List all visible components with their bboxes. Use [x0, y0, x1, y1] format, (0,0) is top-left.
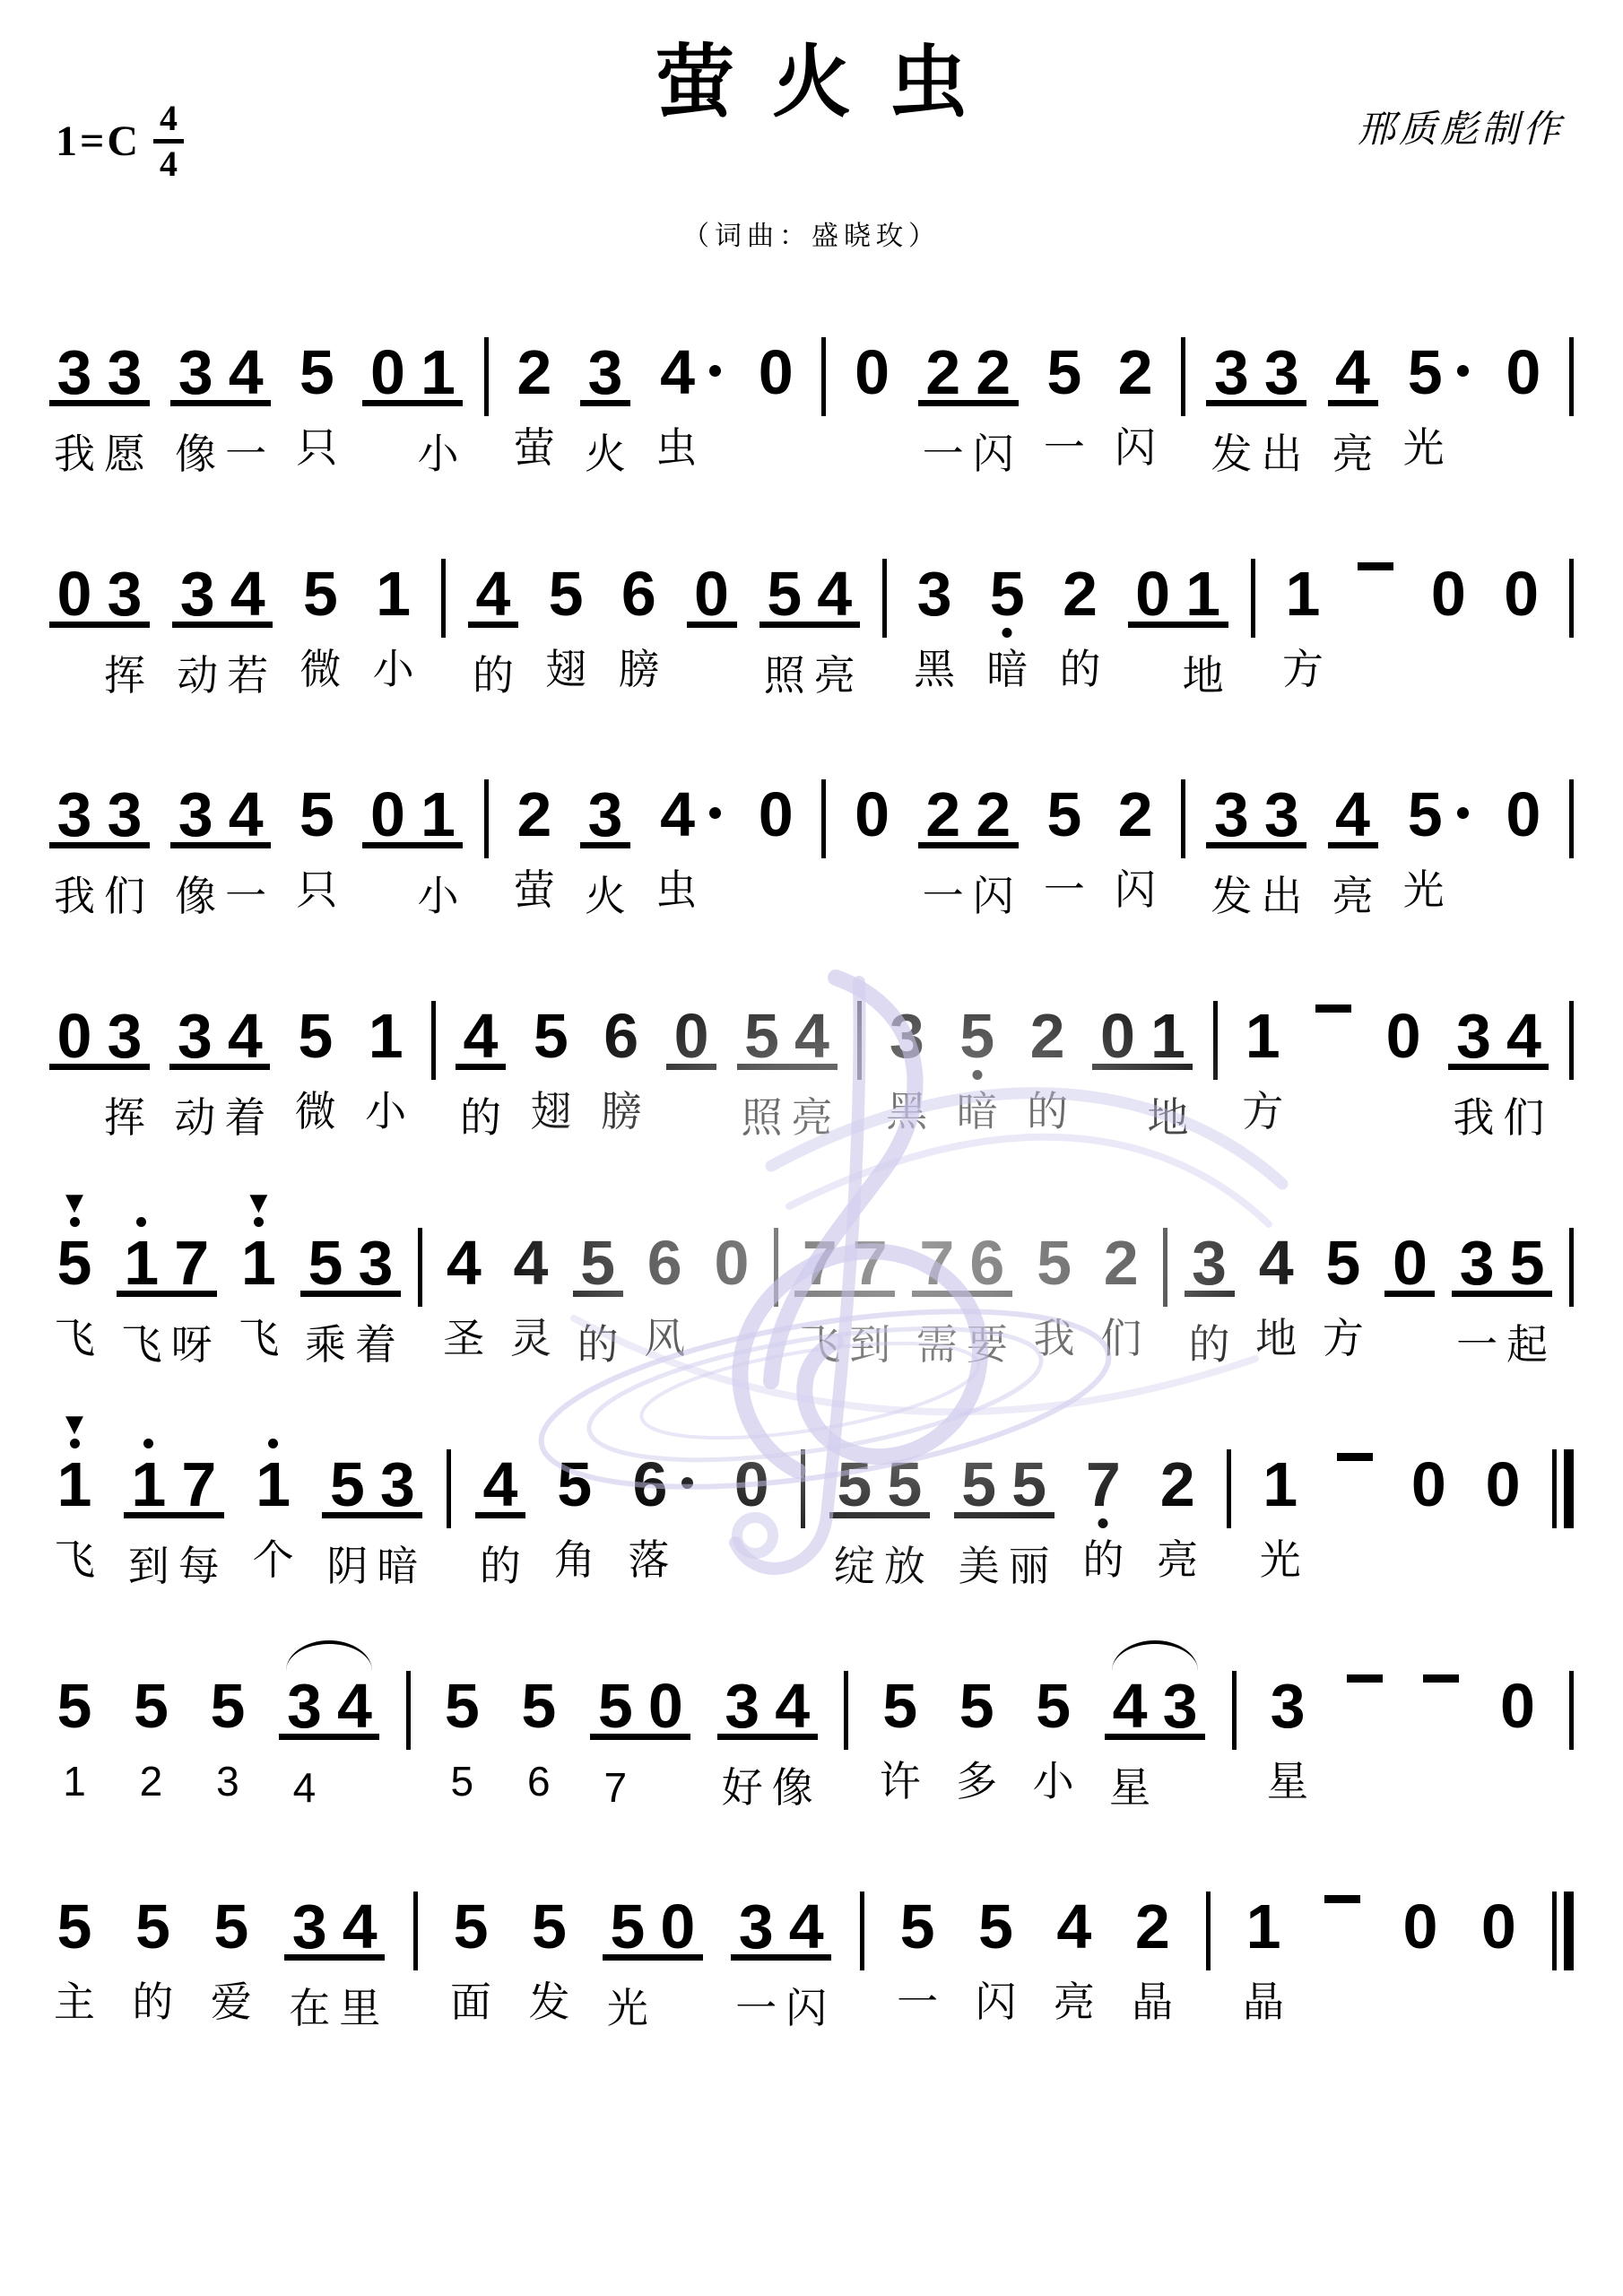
lyric-row: 亮	[1328, 872, 1378, 921]
note-group: 03挥	[49, 954, 150, 1143]
note-group: 01小	[362, 291, 463, 479]
lyric-row: 到每	[124, 1542, 224, 1591]
notes: 0	[1478, 1403, 1528, 1512]
note-group: 35一起	[1452, 1181, 1552, 1370]
notes: 5	[550, 1403, 600, 1512]
notes: 0	[1473, 1845, 1523, 1954]
note-cell: 3	[909, 512, 959, 616]
beamed-notes: 34	[172, 512, 273, 628]
notes	[1350, 512, 1401, 597]
note-cell: ▼5	[49, 1181, 100, 1285]
lyric-row: 萤	[509, 865, 560, 915]
lyric-row: 许	[875, 1757, 925, 1806]
note-number: 3	[1264, 341, 1299, 404]
note-cell: 3	[1206, 733, 1256, 837]
lyric-syllable	[1155, 1763, 1205, 1813]
note-number: 3	[1264, 783, 1299, 846]
note-cell: 5	[875, 1624, 925, 1728]
lyric-row: 阴暗	[322, 1542, 422, 1591]
notes: 5	[970, 1845, 1020, 1954]
note-cell: 4	[768, 1624, 818, 1728]
notes: 1	[1237, 954, 1288, 1064]
lyric-syllable: 亮	[1328, 872, 1378, 921]
note-cell	[1317, 1845, 1367, 1925]
note-cell: 5	[295, 512, 345, 616]
note-cell: 0	[751, 291, 801, 395]
lyric-syllable: 虫	[651, 423, 701, 473]
barline	[1569, 559, 1574, 638]
note-number: 0	[1386, 1004, 1421, 1067]
lyric-syllable: 闪	[781, 1984, 831, 2033]
lyric-row: 闪	[1110, 423, 1160, 473]
lyric-syllable: 个	[248, 1535, 299, 1585]
note-number: 5	[837, 1453, 872, 1516]
note-cell: 5	[49, 1624, 100, 1728]
lyric-row: 光	[1255, 1535, 1306, 1585]
lyric-syllable: 一	[221, 430, 271, 479]
time-signature: 4 4	[153, 100, 184, 182]
note-group: 3黑	[909, 512, 959, 694]
note-group: ▼1飞	[49, 1403, 100, 1585]
note-cell: 3	[372, 1403, 422, 1507]
note-number: 4	[337, 1674, 372, 1737]
note-cell: 7	[845, 1181, 895, 1285]
lyric-syllable: 放	[880, 1542, 930, 1591]
lyric-row: 照亮	[759, 651, 860, 700]
beamed-notes: 54	[759, 512, 860, 628]
note-group: 0	[847, 291, 898, 423]
note-number: 5	[57, 1231, 92, 1294]
staccato-mark-icon: ▼	[65, 1413, 83, 1436]
note-cell: 7	[167, 1181, 217, 1285]
note-group: 03挥	[49, 512, 150, 700]
note-cell: 3	[100, 291, 150, 395]
notes: 0	[707, 1181, 757, 1291]
octave-dot-above	[143, 1439, 153, 1448]
note-cell: 5	[322, 1403, 372, 1507]
lyric-row: 方	[1237, 1087, 1288, 1136]
note-group: 4亮	[1328, 733, 1378, 921]
note-number: 5	[978, 1895, 1013, 1958]
note-cell: 3	[580, 733, 630, 837]
note-cell: 2	[1110, 291, 1160, 395]
note-cell: 5	[1318, 1181, 1368, 1285]
lyric-syllable: 灵	[506, 1314, 556, 1363]
note-number: 5	[549, 562, 584, 625]
note-group: 1小	[360, 954, 411, 1136]
notes: 4	[438, 1181, 489, 1291]
note-cell: 3	[717, 1624, 768, 1728]
note-group: 5爱	[206, 1845, 256, 2027]
notes: ▼1	[233, 1181, 283, 1291]
note-group: 52	[126, 1624, 176, 1806]
lyric-row: 翅	[541, 645, 591, 694]
note-number: 4	[447, 1231, 482, 1294]
beamed-notes: 03	[49, 954, 150, 1070]
notes: 5	[437, 1624, 487, 1734]
notes: 1	[248, 1403, 299, 1512]
notes: 0	[1492, 1624, 1542, 1734]
key-signature: 1=C	[56, 120, 141, 163]
lyric-syllable	[362, 872, 412, 921]
lyric-row: 挥	[49, 651, 150, 700]
notes: 4	[651, 733, 730, 842]
notes: 4	[1251, 1181, 1301, 1291]
note-number: 5	[299, 783, 334, 846]
note-cell: 5	[1039, 291, 1089, 395]
lyric-syllable: 落	[623, 1535, 673, 1585]
note-cell: 0	[707, 1181, 757, 1285]
note-group: 0	[1384, 1181, 1435, 1320]
beamed-notes: 43	[1105, 1624, 1205, 1740]
barline	[801, 1449, 805, 1528]
lyric-row: 好像	[717, 1763, 818, 1813]
note-cell: ▼1	[233, 1181, 283, 1285]
note-group: 34动若	[172, 512, 273, 700]
note-group: 3星	[1263, 1624, 1313, 1806]
barline	[844, 1671, 848, 1750]
note-number: 0	[694, 562, 729, 625]
note-group: 3火	[580, 291, 630, 479]
lyric-syllable	[653, 1984, 703, 2033]
beamed-notes: 33	[49, 291, 150, 406]
notes: 5	[291, 733, 342, 842]
lyric-row: 地	[1128, 651, 1228, 700]
note-number: 3	[180, 562, 215, 625]
lyric-row: 3	[203, 1757, 253, 1806]
notes: 5	[952, 954, 1002, 1064]
note-number: 4	[794, 1004, 829, 1067]
note-number: 5	[744, 1004, 779, 1067]
notes: 7	[1078, 1403, 1128, 1512]
note-cell: 0	[49, 954, 100, 1058]
beamed-notes: 77	[794, 1181, 895, 1297]
note-number: 0	[714, 1231, 749, 1294]
note-cell: 1	[1255, 1403, 1306, 1507]
note-cell: 6	[639, 1181, 690, 1285]
note-cell: 5	[524, 1845, 574, 1949]
lyric-syllable: 到	[845, 1320, 895, 1370]
notes: 1	[369, 512, 419, 622]
note-number: 1	[421, 783, 456, 846]
note-cell: 1	[412, 733, 463, 837]
barline	[860, 1892, 864, 1970]
beamed-notes: 33	[49, 733, 150, 848]
notes: 5	[1029, 1181, 1080, 1291]
notes: 4	[506, 1181, 556, 1291]
note-group: 4的	[456, 954, 506, 1143]
beamed-notes: 53	[322, 1403, 422, 1518]
lyric-syllable: 们	[1096, 1314, 1146, 1363]
beamed-notes: 4	[1328, 733, 1378, 848]
lyric-syllable: 火	[580, 430, 630, 479]
lyric-syllable: 一	[1039, 865, 1089, 915]
final-barline	[1552, 1892, 1574, 1970]
beamed-notes: 55	[954, 1403, 1055, 1518]
notes: 5	[1039, 291, 1089, 400]
barline	[1181, 337, 1185, 416]
note-cell: 4	[781, 1845, 831, 1949]
lyric-syllable: 的	[475, 1542, 525, 1591]
beamed-notes: 76	[912, 1181, 1012, 1297]
notes: 5	[49, 1845, 100, 1954]
beamed-notes: 22	[918, 291, 1019, 406]
subtitle: （词曲：盛晓玫）	[0, 219, 1623, 254]
notes: 1	[1278, 512, 1328, 622]
note-number: 3	[1214, 341, 1249, 404]
lyric-syllable: 翅	[525, 1087, 576, 1136]
lyric-row: 膀	[613, 645, 664, 694]
note-cell: 1	[124, 1403, 174, 1507]
note-cell: 3	[284, 1845, 334, 1949]
lyric-row: 的	[1078, 1535, 1128, 1585]
note-cell	[1330, 1403, 1380, 1483]
lyric-syllable: 闪	[1110, 865, 1160, 915]
lyric-syllable: 阴	[322, 1542, 372, 1591]
note-cell: 5	[127, 1845, 178, 1949]
note-number: 0	[660, 1895, 695, 1958]
note-cell: ▼1	[49, 1403, 100, 1507]
note-cell: 1	[1278, 512, 1328, 616]
note-group: 1方	[1278, 512, 1328, 694]
lyric-row: 飞	[233, 1314, 283, 1363]
notes: 5	[1039, 733, 1089, 842]
note-cell: 5	[970, 1845, 1020, 1949]
note-cell: 4	[810, 512, 860, 616]
note-group: 76需要	[912, 1181, 1012, 1370]
notes: 0	[1403, 1403, 1454, 1512]
note-group: 33我们	[49, 733, 150, 921]
lyric-row: 一	[1039, 423, 1089, 473]
lyric-syllable: 光	[1255, 1535, 1306, 1585]
note-number: 1	[57, 1453, 92, 1516]
lyric-syllable: 在	[284, 1984, 334, 2033]
note-group: ▼1飞	[233, 1181, 283, 1363]
barline	[1181, 779, 1185, 858]
note-group: 4的	[468, 512, 518, 700]
note-number: 3	[108, 1004, 143, 1067]
note-number: 0	[855, 341, 890, 404]
note-group: 34在里	[284, 1845, 385, 2033]
note-number: 0	[674, 1004, 709, 1067]
beamed-notes: 34	[169, 954, 270, 1070]
note-cell: 2	[1152, 1403, 1202, 1507]
lyric-syllable: 3	[203, 1757, 253, 1806]
note-group: 0	[1395, 1845, 1445, 1978]
note-cell: 1	[1178, 512, 1228, 616]
note-number: 3	[178, 341, 213, 404]
notation-line-7: 515253344555650734好像5许5多5小43星3星0	[49, 1624, 1574, 1813]
note-group: 3的	[1185, 1181, 1235, 1370]
lyric-syllable: 像	[768, 1763, 818, 1813]
note-cell: 4	[475, 1403, 525, 1507]
notes: 0	[726, 1403, 777, 1512]
lyric-row: 主	[49, 1978, 100, 2027]
note-number: 4	[513, 1231, 548, 1294]
note-group: 5我	[1029, 1181, 1080, 1363]
octave-dot-below	[972, 1070, 982, 1080]
lyric-syllable: 风	[639, 1314, 690, 1363]
note-cell: 0	[362, 291, 412, 395]
beamed-notes: 4	[475, 1403, 525, 1518]
lyric-row: 飞	[49, 1535, 100, 1585]
note-cell: 0	[362, 733, 412, 837]
beamed-notes: 4	[468, 512, 518, 628]
barline	[484, 779, 489, 858]
lyric-row: 虫	[651, 865, 730, 915]
note-cell: 6	[613, 512, 664, 616]
note-group: 3黑	[881, 954, 932, 1136]
note-number: 4	[1113, 1674, 1148, 1737]
note-group: 53阴暗	[322, 1403, 422, 1591]
lyric-row: 发出	[1206, 430, 1306, 479]
notes: 5	[446, 1845, 496, 1954]
note-cell: 1	[117, 1181, 167, 1285]
notation-line-5: ▼5飞17飞呀▼1飞53乘着4圣4灵5的6风077飞到76需要5我2们3的4地5…	[49, 1181, 1574, 1370]
note-number: 3	[287, 1674, 322, 1737]
lyric-syllable: 虫	[651, 865, 701, 915]
note-group: 5翅	[541, 512, 591, 694]
note-number: 5	[882, 1674, 917, 1737]
dash-note	[1423, 1674, 1459, 1683]
lyric-syllable: 飞	[117, 1320, 167, 1370]
note-number: 5	[213, 1895, 248, 1958]
lyric-row: 膀	[596, 1087, 647, 1136]
note-number: 4	[1335, 783, 1370, 846]
note-group: 5微	[291, 954, 341, 1136]
note-group: 2萤	[509, 733, 560, 915]
note-number: 2	[1160, 1453, 1195, 1516]
note-group	[1340, 1624, 1390, 1733]
note-number: 7	[174, 1231, 209, 1294]
lyric-row: 在里	[284, 1984, 385, 2033]
note-number: 1	[1263, 1453, 1298, 1516]
note-number: 3	[1192, 1231, 1227, 1294]
lyric-syllable: 我	[49, 430, 100, 479]
note-group	[1308, 954, 1358, 1063]
lyric-row: 2	[126, 1757, 176, 1806]
note-cell: 2	[1022, 954, 1072, 1058]
lyric-syllable: 一	[918, 872, 968, 921]
note-number: 5	[521, 1674, 556, 1737]
note-cell: 4	[220, 954, 270, 1058]
note-group	[1317, 1845, 1367, 1953]
notes: 2	[1110, 733, 1160, 842]
note-number: 1	[421, 341, 456, 404]
notes: 5	[1318, 1181, 1368, 1291]
lyric-syllable	[329, 1763, 379, 1813]
lyric-row: 7	[590, 1763, 690, 1813]
note-number: 2	[516, 341, 551, 404]
note-group: 2闪	[1110, 733, 1160, 915]
barline	[441, 559, 446, 638]
note-group: 54照亮	[759, 512, 860, 700]
note-number: 5	[57, 1674, 92, 1737]
note-number: 5	[961, 1453, 996, 1516]
lyric-syllable: 微	[295, 645, 345, 694]
note-cell: 3	[170, 291, 221, 395]
lyric-syllable: 挥	[100, 1093, 150, 1143]
lyric-syllable: 亮	[810, 651, 860, 700]
barline	[1206, 1892, 1211, 1970]
note-cell: 5	[206, 1845, 256, 1949]
barline	[857, 1001, 862, 1080]
note-number: 3	[359, 1231, 394, 1294]
note-group: 4圣	[438, 1181, 489, 1363]
lyric-row: 亮	[1049, 1978, 1099, 2027]
note-number: 5	[580, 1231, 615, 1294]
octave-dot-above	[254, 1217, 264, 1227]
lyric-syllable: 呀	[167, 1320, 217, 1370]
lyric-syllable: 小	[360, 1087, 411, 1136]
note-cell: 0	[1378, 954, 1428, 1058]
lyric-syllable: 暗	[952, 1087, 1002, 1136]
note-number: 0	[1486, 1453, 1521, 1516]
note-number: 1	[376, 562, 411, 625]
lyric-row: 光	[603, 1984, 703, 2033]
lyric-syllable: 5	[437, 1757, 487, 1806]
note-group: 0	[666, 954, 716, 1093]
notes: 5	[291, 954, 341, 1064]
beamed-notes: 17	[124, 1403, 224, 1518]
note-cell: 4	[438, 1181, 489, 1285]
note-number: 2	[1118, 341, 1153, 404]
notation-line-1: 33我愿34像一5只01小2萤3火4虫0022一闪5一2闪33发出4亮5光0	[49, 291, 1574, 479]
note-group: 43星	[1105, 1624, 1205, 1813]
note-cell: 5	[1399, 291, 1478, 395]
note-cell: 2	[918, 733, 968, 837]
notes: 5	[951, 1624, 1002, 1734]
note-number: 5	[135, 1895, 170, 1958]
note-number: 5	[1510, 1231, 1545, 1294]
note-cell: 4	[222, 512, 273, 616]
note-cell: 5	[892, 1845, 942, 1949]
beamed-notes: 01	[362, 733, 463, 848]
note-group: 5角	[550, 1403, 600, 1585]
notes: 0	[847, 733, 898, 842]
note-cell: 0	[1492, 1624, 1542, 1728]
note-cell: 7	[1078, 1403, 1128, 1507]
note-cell: 2	[509, 733, 560, 837]
barline	[406, 1671, 411, 1750]
note-cell: 4	[221, 733, 271, 837]
lyric-row: 个	[248, 1535, 299, 1585]
note-group: 0	[751, 291, 801, 423]
notes: 1	[1255, 1403, 1306, 1512]
note-group: 34像一	[170, 291, 271, 479]
lyric-syllable: 发	[1206, 872, 1256, 921]
barline	[882, 559, 887, 638]
note-cell: 2	[1055, 512, 1105, 616]
note-number: 0	[1500, 1674, 1535, 1737]
note-number: 0	[1402, 1895, 1437, 1958]
note-number: 3	[739, 1895, 774, 1958]
lyric-syllable: 圣	[438, 1314, 489, 1363]
note-cell: 3	[731, 1845, 781, 1949]
lyric-syllable: 一	[892, 1978, 942, 2027]
lyric-syllable: 多	[951, 1757, 1002, 1806]
note-cell: 5	[1502, 1181, 1552, 1285]
lyric-syllable: 的	[127, 1978, 178, 2027]
lyric-row: 的	[127, 1978, 178, 2027]
note-cell: 4	[1049, 1845, 1099, 1949]
notes: 5	[875, 1624, 925, 1734]
note-cell: 7	[174, 1403, 224, 1507]
note-number: 7	[803, 1231, 838, 1294]
note-group: 5的	[127, 1845, 178, 2027]
lyric-syllable: 面	[446, 1978, 496, 2027]
note-group: 0	[1423, 512, 1473, 645]
